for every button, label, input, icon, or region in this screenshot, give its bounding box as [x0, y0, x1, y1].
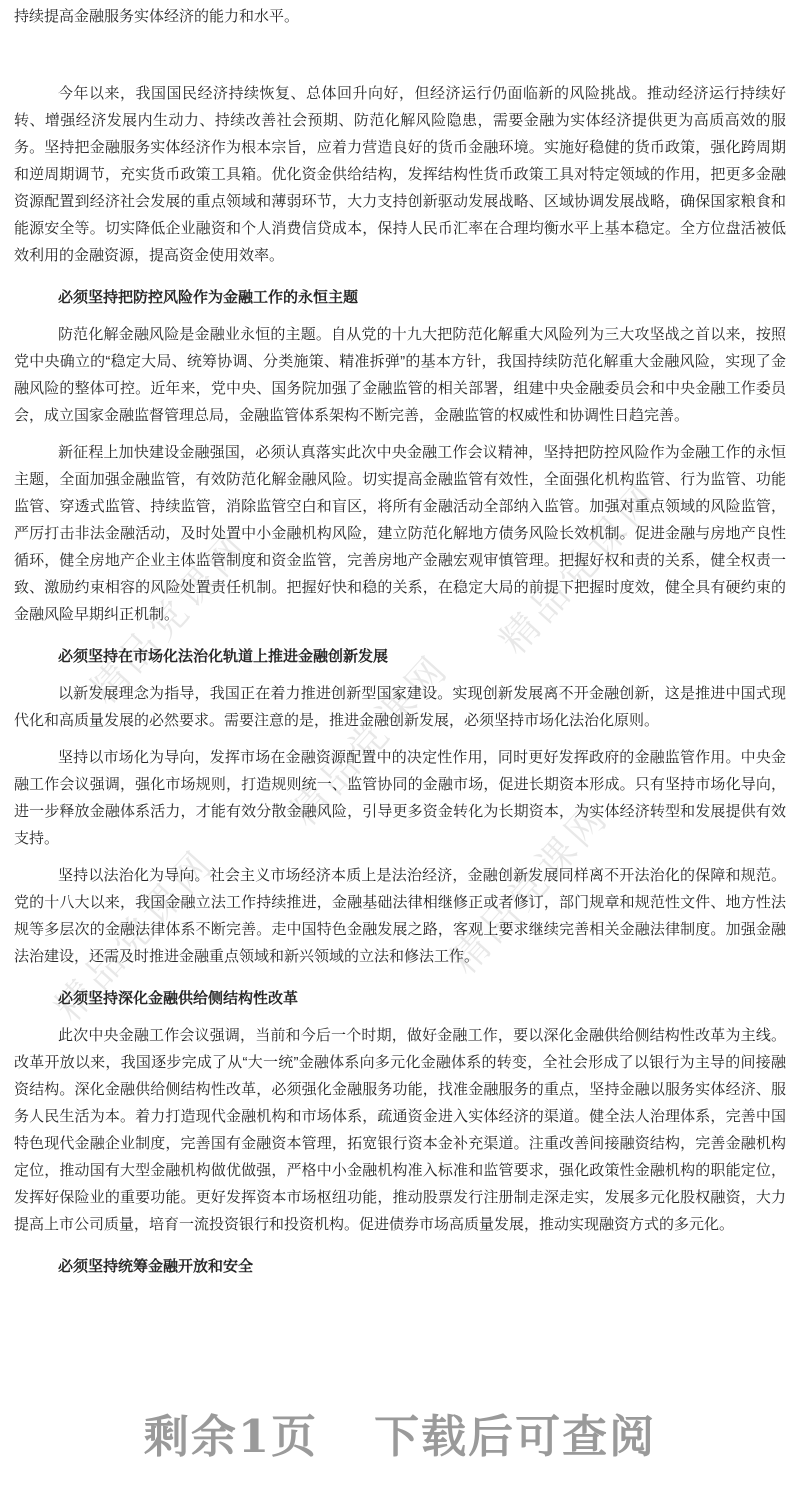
section-heading: 必须坚持深化金融供给侧结构性改革	[14, 985, 786, 1012]
body-paragraph: 坚持以法治化为导向。社会主义市场经济本质上是法治经济，金融创新发展同样离不开法治…	[14, 862, 786, 970]
document-page: 精品党课网精品党课网精品党课网精品党课网精品党课网 持续提高金融服务实体经济的能…	[0, 0, 800, 1512]
section-heading: 必须坚持在市场化法治化轨道上推进金融创新发展	[14, 643, 786, 670]
section-heading: 必须坚持把防控风险作为金融工作的永恒主题	[14, 284, 786, 311]
document-body: 持续提高金融服务实体经济的能力和水平。今年以来，我国国民经济持续恢复、总体回升向…	[0, 0, 800, 1280]
body-paragraph: 坚持以市场化为导向，发挥市场在金融资源配置中的决定性作用，同时更好发挥政府的金融…	[14, 744, 786, 852]
body-paragraph: 新征程上加快建设金融强国，必须认真落实此次中央金融工作会议精神，坚持把防控风险作…	[14, 439, 786, 628]
body-paragraph: 此次中央金融工作会议强调，当前和今后一个时期，做好金融工作，要以深化金融供给侧结…	[14, 1022, 786, 1238]
remaining-pages-banner: 剩余1页 下载后可查阅	[0, 1400, 800, 1465]
body-paragraph: 防范化解金融风险是金融业永恒的主题。自从党的十九大把防范化解重大风险列为三大攻坚…	[14, 321, 786, 429]
body-paragraph: 今年以来，我国国民经济持续恢复、总体回升向好，但经济运行仍面临新的风险挑战。推动…	[14, 80, 786, 269]
download-hint-text: 下载后可查阅	[374, 1400, 656, 1465]
remaining-pages-text: 剩余1页	[144, 1400, 318, 1465]
section-heading: 必须坚持统筹金融开放和安全	[14, 1253, 786, 1280]
body-paragraph: 持续提高金融服务实体经济的能力和水平。	[14, 3, 786, 30]
body-paragraph: 以新发展理念为指导，我国正在着力推进创新型国家建设。实现创新发展离不开金融创新，…	[14, 680, 786, 734]
